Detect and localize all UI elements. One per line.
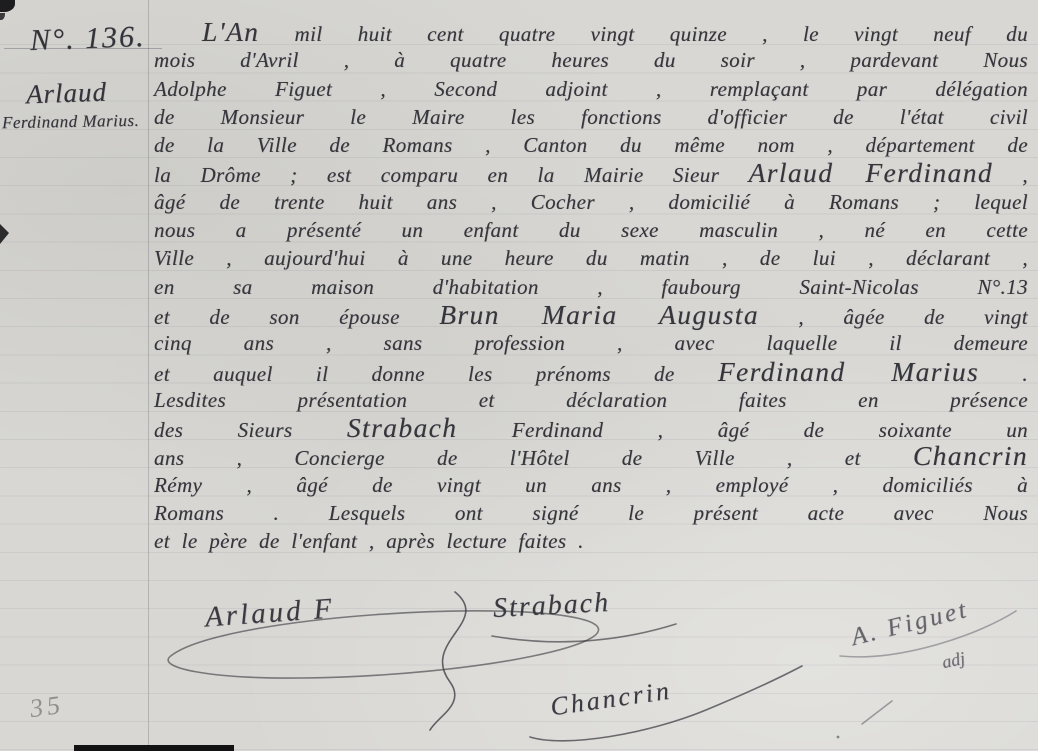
manuscript-line: mois d'Avril , à quatre heures du soir ,… xyxy=(154,46,1028,74)
margin-registered-surname: Arlaud xyxy=(25,77,107,111)
margin-registered-given-names: Ferdinand Marius. xyxy=(2,111,140,133)
manuscript-line: et le père de l'enfant , après lecture f… xyxy=(154,527,1028,555)
manuscript-emphasized-name: Brun Maria Augusta xyxy=(439,299,759,330)
manuscript-text: Lesdites présentation et déclaration fai… xyxy=(154,388,1028,412)
manuscript-line: de la Ville de Romans , Canton du même n… xyxy=(154,131,1028,159)
manuscript-text: mil huit cent quatre vingt quinze , le v… xyxy=(259,22,1028,46)
pencil-folio-number: 35 xyxy=(28,690,66,724)
ink-dot xyxy=(837,736,840,739)
manuscript-text: de Monsieur le Maire les fonctions d'off… xyxy=(154,105,1028,129)
act-number: N°. 136. xyxy=(29,20,146,58)
scan-artifact-edge-ink-mark xyxy=(0,224,9,244)
manuscript-text: la Drôme ; est comparu en la Mairie Sieu… xyxy=(154,163,749,187)
figuet-stray-stroke xyxy=(862,701,892,724)
manuscript-text: Rémy , âgé de vingt un ans , employé , d… xyxy=(154,473,1028,497)
manuscript-line: cinq ans , sans profession , avec laquel… xyxy=(154,329,1028,357)
manuscript-text: . xyxy=(979,362,1028,386)
manuscript-line: et auquel il donne les prénoms de Ferdin… xyxy=(154,358,1028,386)
scan-artifact-bottom-strip xyxy=(74,745,234,751)
manuscript-text: ans , Concierge de l'Hôtel de Ville , et xyxy=(154,446,913,470)
manuscript-line: nous a présenté un enfant du sexe mascul… xyxy=(154,216,1028,244)
manuscript-text: et auquel il donne les prénoms de xyxy=(154,362,718,386)
manuscript-line: des Sieurs Strabach Ferdinand , âgé de s… xyxy=(154,414,1028,442)
manuscript-line: Romans . Lesquels ont signé le présent a… xyxy=(154,499,1028,527)
manuscript-line: âgé de trente huit ans , Cocher , domici… xyxy=(154,188,1028,216)
signature-figuet: A. Figuet xyxy=(848,596,971,652)
manuscript-text: et le père de l'enfant , après lecture f… xyxy=(154,529,584,553)
register-page-scan: N°. 136. Arlaud Ferdinand Marius. 35 L'A… xyxy=(0,0,1038,751)
strabach-underline xyxy=(492,624,676,642)
signature-figuet-title: adj xyxy=(940,648,967,673)
manuscript-text: , âgée de vingt xyxy=(759,305,1028,329)
manuscript-emphasized-name: L'An xyxy=(202,16,259,47)
manuscript-text: , xyxy=(993,163,1028,187)
manuscript-text: et de son épouse xyxy=(154,305,439,329)
manuscript-text: des Sieurs xyxy=(154,418,347,442)
manuscript-line: Rémy , âgé de vingt un ans , employé , d… xyxy=(154,471,1028,499)
manuscript-emphasized-name: Ferdinand Marius xyxy=(718,356,979,387)
signature-arlaud: Arlaud F xyxy=(204,593,336,635)
manuscript-line: la Drôme ; est comparu en la Mairie Sieu… xyxy=(154,159,1028,187)
manuscript-text: de la Ville de Romans , Canton du même n… xyxy=(154,133,1028,157)
manuscript-text: cinq ans , sans profession , avec laquel… xyxy=(154,331,1028,355)
scan-artifact-corner-blob-small xyxy=(0,13,5,20)
manuscript-line: Ville , aujourd'hui à une heure du matin… xyxy=(154,244,1028,272)
manuscript-text: Ferdinand , âgé de soixante un xyxy=(457,418,1028,442)
manuscript-line: ans , Concierge de l'Hôtel de Ville , et… xyxy=(154,442,1028,470)
manuscript-text: nous a présenté un enfant du sexe mascul… xyxy=(154,218,1028,242)
manuscript-line: et de son épouse Brun Maria Augusta , âg… xyxy=(154,301,1028,329)
signature-chancrin: Chancrin xyxy=(549,676,674,723)
manuscript-text: Adolphe Figuet , Second adjoint , rempla… xyxy=(154,77,1028,101)
manuscript-line: de Monsieur le Maire les fonctions d'off… xyxy=(154,103,1028,131)
manuscript-text: mois d'Avril , à quatre heures du soir ,… xyxy=(154,48,1028,72)
manuscript-body: L'An mil huit cent quatre vingt quinze ,… xyxy=(154,18,1028,556)
manuscript-line: en sa maison d'habitation , faubourg Sai… xyxy=(154,273,1028,301)
scan-artifact-corner-blob xyxy=(0,0,15,12)
manuscript-emphasized-name: Chancrin xyxy=(913,440,1028,471)
manuscript-text: Romans . Lesquels ont signé le présent a… xyxy=(154,501,1028,525)
manuscript-emphasized-name: Strabach xyxy=(347,412,458,443)
manuscript-line: L'An mil huit cent quatre vingt quinze ,… xyxy=(154,18,1028,46)
manuscript-line: Adolphe Figuet , Second adjoint , rempla… xyxy=(154,75,1028,103)
margin-rule-line xyxy=(148,0,149,751)
manuscript-text: en sa maison d'habitation , faubourg Sai… xyxy=(154,275,1028,299)
act-number-underline xyxy=(4,48,162,49)
arlaud-flourish-descender xyxy=(430,592,466,730)
manuscript-text: Ville , aujourd'hui à une heure du matin… xyxy=(154,246,1028,270)
signature-strabach: Strabach xyxy=(492,587,611,625)
manuscript-line: Lesdites présentation et déclaration fai… xyxy=(154,386,1028,414)
manuscript-text: âgé de trente huit ans , Cocher , domici… xyxy=(154,190,1028,214)
manuscript-emphasized-name: Arlaud Ferdinand xyxy=(749,157,993,188)
